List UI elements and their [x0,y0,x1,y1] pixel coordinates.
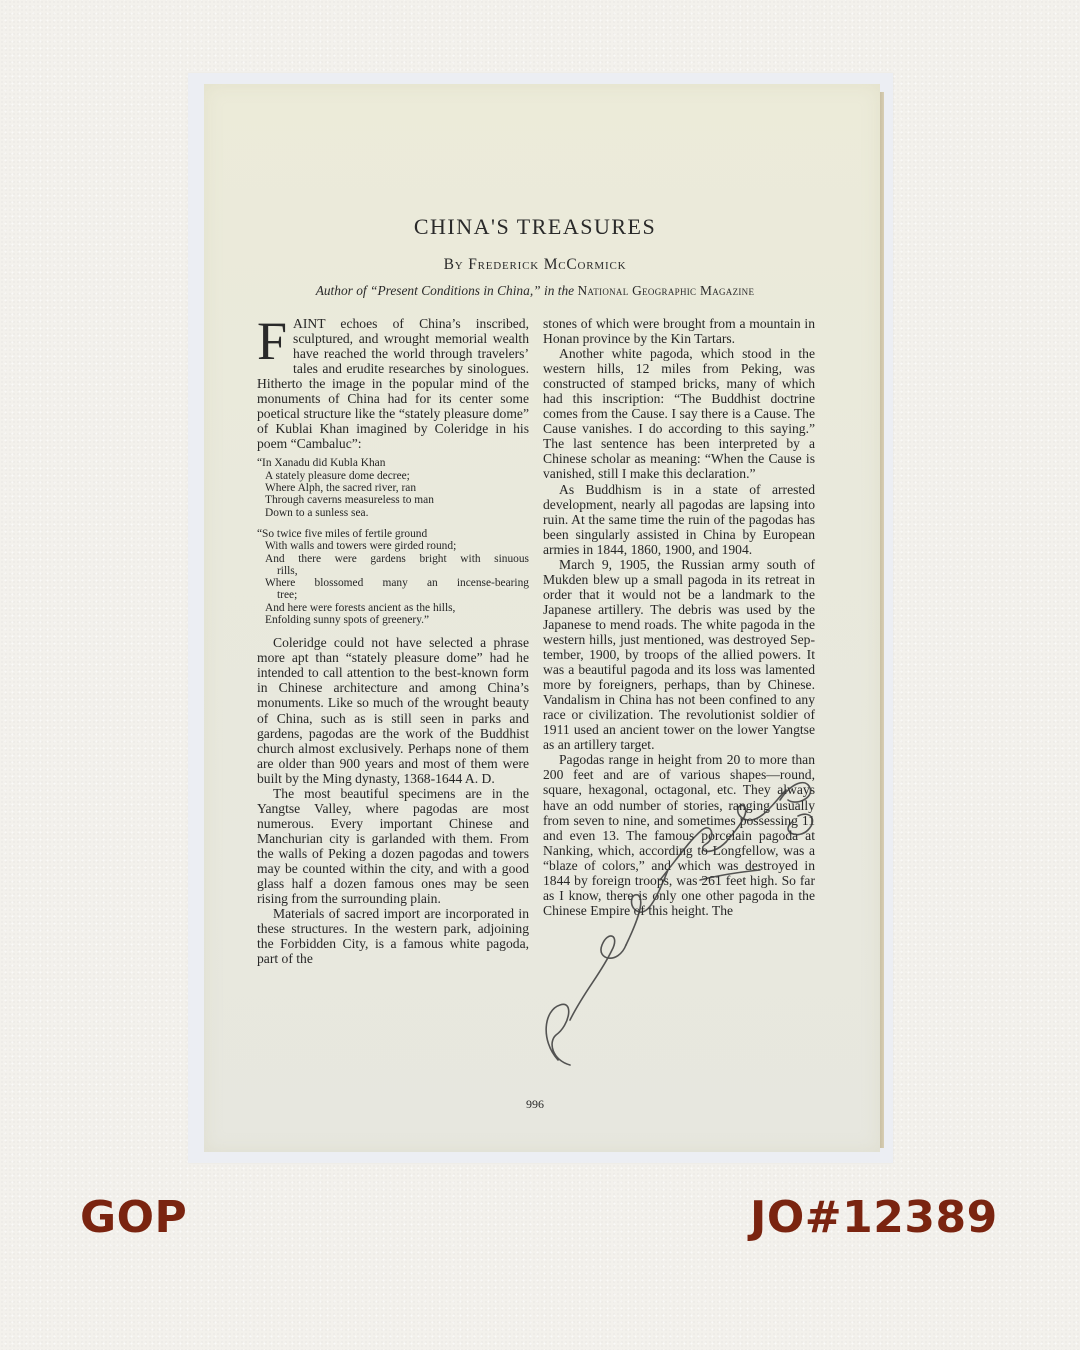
intro-text: AINT echoes of China’s inscribed, sculpt… [257,316,529,451]
page-edge [880,92,884,1148]
poem-line: Down to a sunless sea. [257,507,529,519]
drop-cap: F [257,319,287,363]
poem-line: “In Xanadu did Kubla Khan [257,457,529,469]
poem-line: tree; [257,589,529,601]
poem-line: Where blossomed many an incense-bearing [257,577,529,589]
poem-line: And here were forests ancient as the hil… [257,602,529,614]
poem-stanza: “In Xanadu did Kubla KhanA stately pleas… [257,457,529,518]
poem-quote: “In Xanadu did Kubla KhanA stately pleas… [257,457,529,626]
poem-line: A stately pleasure dome decree; [257,470,529,482]
poem-line: rills, [257,565,529,577]
left-column: FAINT echoes of China’s inscribed, sculp… [257,316,529,966]
poem-line: “So twice five miles of fertile ground [257,528,529,540]
poem-line: Through caverns measureless to man [257,494,529,506]
body-paragraph: Another white pagoda, which stood in the… [543,346,815,481]
page-number: 996 [500,1097,570,1112]
continuation-paragraph: stones of which were brought from a moun… [543,316,815,346]
poem-line: And there were gardens bright with sinuo… [257,553,529,565]
poem-line: Enfolding sunny spots of greenery.” [257,614,529,626]
intro-paragraph: FAINT echoes of China’s inscribed, sculp… [257,316,529,451]
body-paragraph: The most beautiful specimens are in the … [257,786,529,906]
subtitle-italic: Author of “Present Conditions in China,”… [316,283,578,298]
subtitle-magazine-name: National Geographic Magazine [577,283,754,298]
poem-stanza: “So twice five miles of fertile groundWi… [257,528,529,626]
article-subtitle: Author of “Present Conditions in China,”… [250,283,820,299]
body-paragraph: As Buddhism is in a state of arrested de… [543,482,815,557]
job-number-label: JO#12389 [750,1192,998,1243]
poem-line: Where Alph, the sacred river, ran [257,482,529,494]
gop-label: GOP [80,1192,187,1243]
article-byline: By Frederick McCormick [250,256,820,274]
poem-line: With walls and towers were girded round; [257,540,529,552]
body-paragraph: Pagodas range in height from 20 to more … [543,752,815,918]
body-paragraph: March 9, 1905, the Russian army south of… [543,557,815,753]
body-paragraph: Materials of sacred import are incor­por… [257,906,529,966]
article-title: CHINA'S TREASURES [250,214,820,240]
right-column: stones of which were brought from a moun… [543,316,815,918]
body-paragraph: Coleridge could not have selected a phra… [257,635,529,785]
